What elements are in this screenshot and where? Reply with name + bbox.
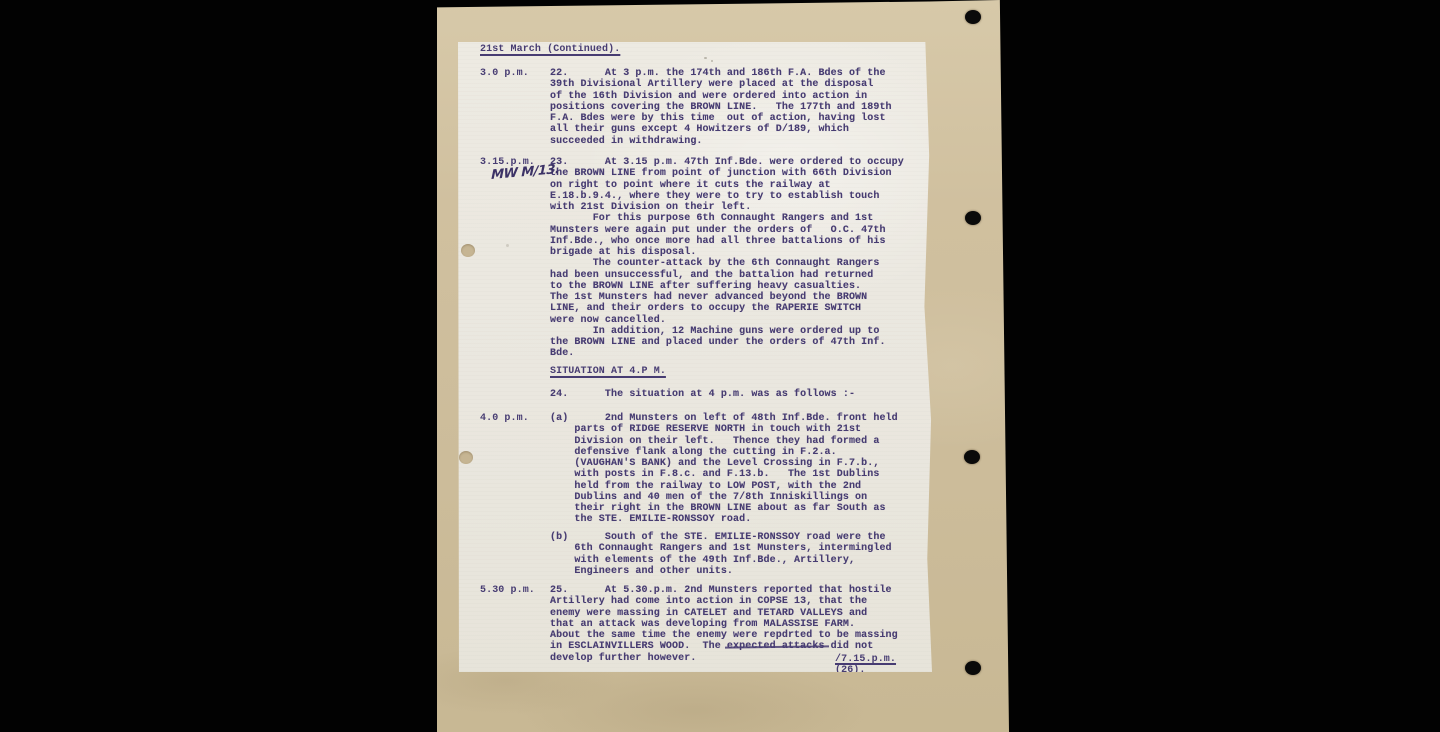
time-label: 3.0 p.m. (480, 68, 529, 79)
paper-speck (704, 57, 707, 59)
paper-speck (711, 60, 713, 62)
entry-body: (b) South of the STE. EMILIE-RONSSOY roa… (550, 532, 892, 577)
entry-body: 24. The situation at 4 p.m. was as follo… (550, 389, 855, 400)
time-label: 5.30 p.m. (480, 585, 535, 596)
section-heading: SITUATION AT 4.P M. (550, 366, 666, 377)
binder-punch-hole (965, 10, 981, 24)
entry-body: 22. At 3 p.m. the 174th and 186th F.A. B… (550, 68, 892, 147)
page-punch-hole (459, 451, 473, 464)
binder-punch-hole (965, 661, 981, 675)
binder-punch-hole (964, 450, 980, 464)
binder-punch-hole (965, 211, 981, 225)
entry-body: 23. At 3.15 p.m. 47th Inf.Bde. were orde… (550, 157, 904, 360)
scanned-document-screenshot: { "colors": { "ink": "#473c72", "paper":… (0, 0, 1440, 732)
diary-page: 21st March (Continued). 3.0 p.m. 22. At … (458, 42, 932, 672)
page-punch-hole (461, 244, 475, 257)
time-label: 4.0 p.m. (480, 413, 529, 424)
page-header: 21st March (Continued). (480, 44, 620, 55)
entry-body: 25. At 5.30.p.m. 2nd Munsters reported t… (550, 585, 898, 664)
paper-speck (506, 244, 509, 247)
entry-body: (a) 2nd Munsters on left of 48th Inf.Bde… (550, 413, 898, 526)
